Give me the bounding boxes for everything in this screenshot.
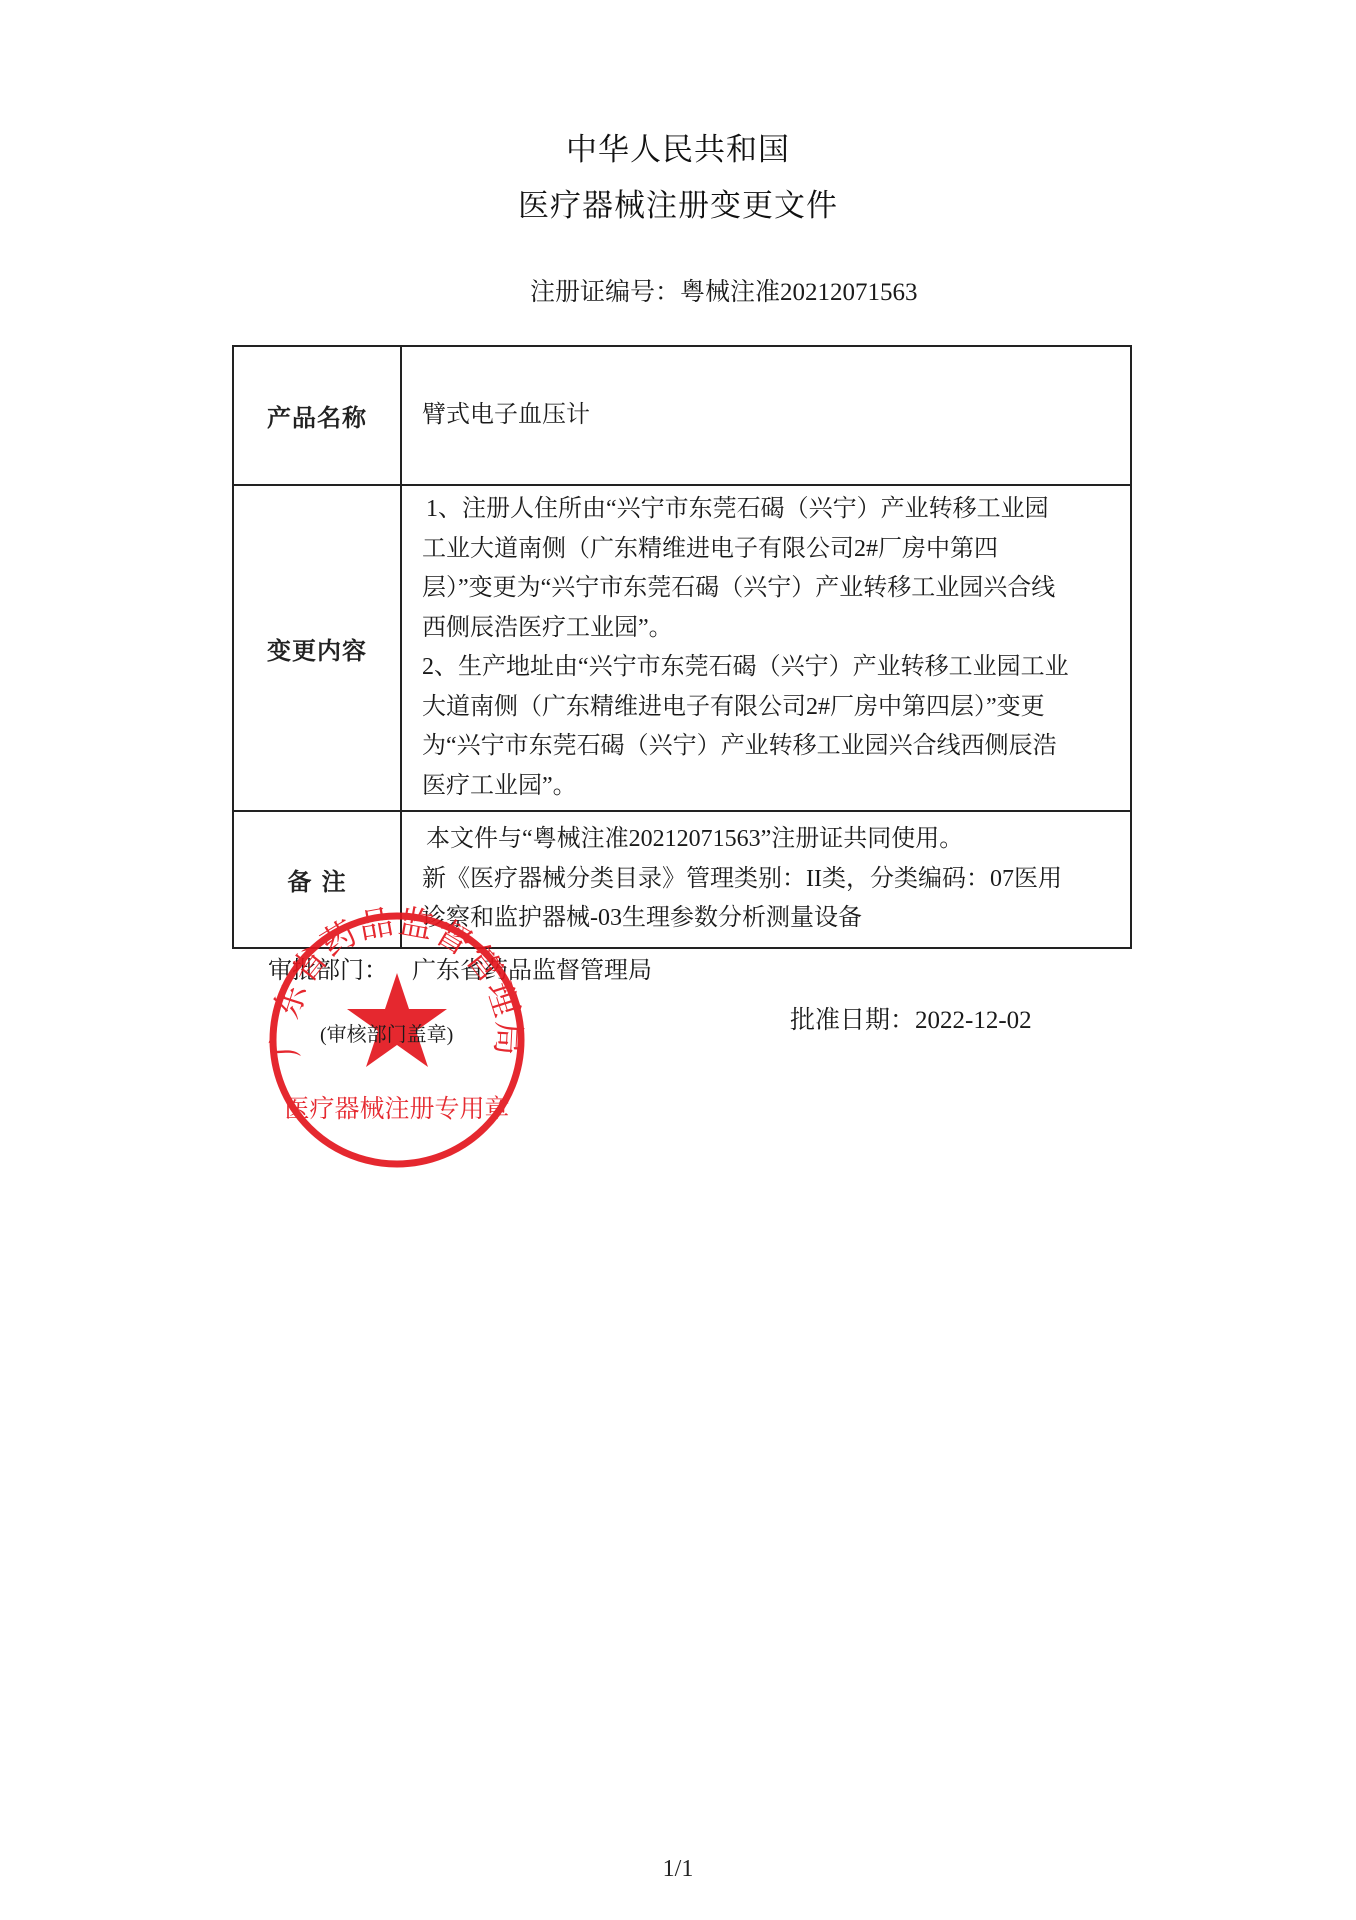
approval-date-value: 2022-12-02: [915, 1007, 1032, 1034]
registration-number-value: 粤械注准20212071563: [680, 279, 918, 306]
change-line: 大道南侧（广东精维进电子有限公司2#厂房中第四层）”变更: [422, 688, 1122, 728]
document-title-country: 中华人民共和国: [0, 124, 1356, 169]
seal-bottom-text: 医疗器械注册专用章: [284, 1094, 509, 1123]
change-content-label: 变更内容: [233, 485, 401, 811]
remark-line: 新《医疗器械分类目录》管理类别：II类，分类编码：07医用: [422, 860, 1122, 900]
change-line: 2、生产地址由“兴宁市东莞石碣（兴宁）产业转移工业园工业: [422, 648, 1122, 688]
change-line: 医疗工业园”。: [422, 767, 1122, 807]
change-line: 为“兴宁市东莞石碣（兴宁）产业转移工业园兴合线西侧辰浩: [422, 727, 1122, 767]
registration-number: 注册证编号：粤械注准20212071563: [530, 272, 918, 308]
product-name-label: 产品名称: [233, 346, 401, 485]
change-line: 1、注册人住所由“兴宁市东莞石碣（兴宁）产业转移工业园: [422, 490, 1122, 530]
change-content-value: 1、注册人住所由“兴宁市东莞石碣（兴宁）产业转移工业园 工业大道南侧（广东精维进…: [401, 485, 1131, 811]
remark-line: 本文件与“粤械注准20212071563”注册证共同使用。: [422, 820, 1122, 860]
approval-date-label: 批准日期：: [790, 1007, 915, 1034]
document-title: 医疗器械注册变更文件: [0, 180, 1356, 225]
page-number: 1/1: [0, 1856, 1356, 1883]
approval-date: 批准日期：2022-12-02: [790, 1000, 1032, 1036]
change-line: 工业大道南侧（广东精维进电子有限公司2#厂房中第四: [422, 530, 1122, 570]
product-name-value: 臂式电子血压计: [401, 346, 1131, 485]
change-line: 西侧辰浩医疗工业园”。: [422, 609, 1122, 649]
change-document-table: 产品名称 臂式电子血压计 变更内容 1、注册人住所由“兴宁市东莞石碣（兴宁）产业…: [232, 345, 1132, 949]
product-name-text: 臂式电子血压计: [422, 396, 1122, 436]
table-row-product-name: 产品名称 臂式电子血压计: [233, 346, 1131, 485]
table-row-change-content: 变更内容 1、注册人住所由“兴宁市东莞石碣（兴宁）产业转移工业园 工业大道南侧（…: [233, 485, 1131, 811]
seal-note: (审核部门盖章): [320, 1018, 453, 1047]
change-line: 层）”变更为“兴宁市东莞石碣（兴宁）产业转移工业园兴合线: [422, 569, 1122, 609]
registration-number-label: 注册证编号：: [530, 279, 680, 306]
